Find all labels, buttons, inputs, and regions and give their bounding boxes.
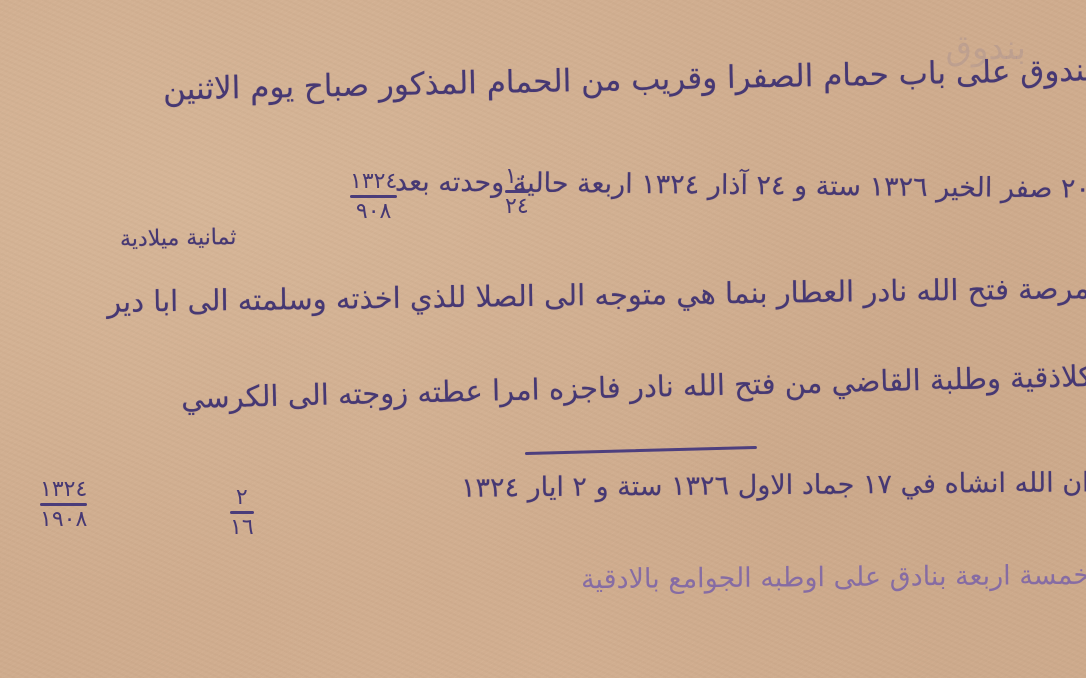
date-fraction-2: ١٣٢٤ ٩٠٨ [350, 170, 397, 223]
fraction-top: ١٣٢٤ [350, 170, 397, 193]
fraction-top: ١٠ [505, 165, 529, 188]
date-fraction-3: ٢ ١٦ [230, 486, 254, 539]
date-fraction-4: ١٣٢٤ ١٩٠٨ [40, 478, 87, 531]
text-line-1: بندوق على باب حمام الصفرا وقريب من الحما… [163, 52, 1086, 107]
text-line-6: ان الله انشاه في ١٧ جماد الاول ١٣٢٦ ستة … [461, 467, 1086, 503]
fraction-bar [505, 190, 529, 193]
fraction-bar [40, 503, 87, 506]
fraction-bottom: ١٩٠٨ [40, 508, 87, 531]
underline-rule [525, 446, 757, 455]
text-line-5: كلاذقية وطلبة القاضي من فتح الله نادر فا… [180, 359, 1086, 415]
fraction-bottom: ٢٤ [505, 195, 529, 218]
text-line-3: ثمانية ميلادية [120, 225, 237, 252]
date-fraction-1: ١٠ ٢٤ [505, 165, 529, 218]
text-line-7: خمسة اربعة بنادق على اوطبه الجوامع بالاد… [581, 560, 1086, 595]
fraction-bar [350, 195, 397, 198]
fraction-bottom: ١٦ [230, 516, 254, 539]
fraction-top: ٢ [236, 486, 248, 509]
fraction-top: ١٣٢٤ [40, 478, 87, 501]
fraction-bar [230, 511, 254, 514]
text-line-2: ٢٠ صفر الخير ١٣٢٦ ستة و ٢٤ آذار ١٣٢٤ ارب… [395, 166, 1086, 204]
text-line-4: مرصة فتح الله نادر العطار بنما هي متوجه … [107, 271, 1086, 319]
fraction-bottom: ٩٠٨ [356, 200, 391, 223]
